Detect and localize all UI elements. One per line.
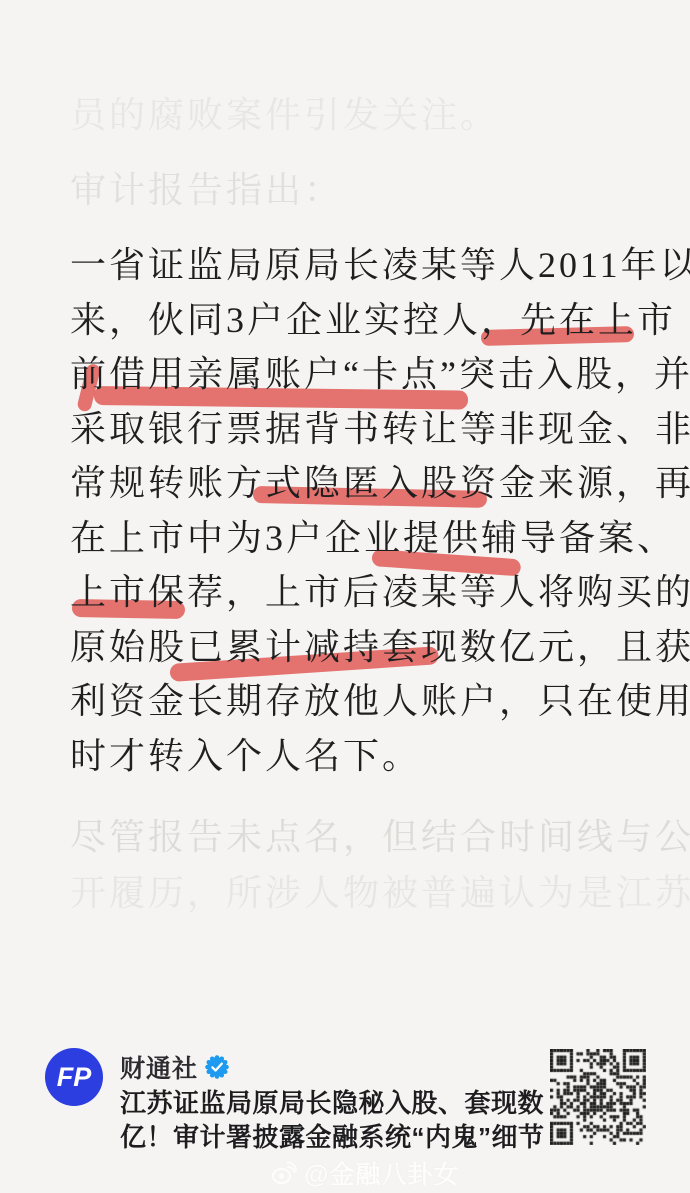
- faded-lead-in: 审计报告指出：: [70, 162, 343, 213]
- faded-paragraph-top: 员的腐败案件引发关注。: [70, 87, 499, 138]
- watermark: @金融八卦女: [270, 1155, 459, 1191]
- paragraph-line: 常规转账方式隐匿入股资金来源，再: [70, 456, 690, 511]
- footer-caption-line2: 亿！审计署披露金融系统“内鬼”细节: [120, 1117, 545, 1154]
- qr-code: [550, 1049, 646, 1145]
- paragraph-line: 前借用亲属账户“卡点”突击入股，并: [70, 347, 690, 402]
- fp-logo-text: FP: [57, 1062, 92, 1093]
- paragraph-line: 时才转入个人名下。: [70, 729, 690, 784]
- faded-line: 尽管报告未点名，但结合时间线与公: [70, 810, 690, 866]
- paragraph-line: 利资金长期存放他人账户，只在使用: [70, 674, 690, 729]
- verified-badge-icon: [205, 1055, 229, 1079]
- watermark-text: @金融八卦女: [304, 1155, 459, 1191]
- paragraph-line: 采取银行票据背书转让等非现金、非: [70, 402, 690, 457]
- account-row: 财通社: [120, 1049, 229, 1085]
- post-image: 员的腐败案件引发关注。 审计报告指出： 一省证监局原局长凌某等人2011年以 来…: [0, 0, 690, 1193]
- footer: FP 财通社 江苏证监局原局长隐秘: [0, 1040, 690, 1160]
- main-paragraph: 一省证监局原局长凌某等人2011年以 来，伙同3户企业实控人，先在上市 前借用亲…: [70, 238, 690, 783]
- footer-caption-line1: 江苏证监局原局长隐秘入股、套现数: [120, 1083, 544, 1120]
- fp-logo: FP: [45, 1048, 103, 1106]
- paragraph-line: 一省证监局原局长凌某等人2011年以: [70, 238, 690, 293]
- paragraph-line: 上市保荐，上市后凌某等人将购买的: [70, 565, 690, 620]
- faded-paragraph-bottom: 尽管报告未点名，但结合时间线与公 开履历，所涉人物被普遍认为是江苏: [70, 810, 690, 921]
- paragraph-line: 在上市中为3户企业提供辅导备案、: [70, 511, 690, 566]
- paragraph-line: 来，伙同3户企业实控人，先在上市: [70, 293, 690, 348]
- faded-line: 开履历，所涉人物被普遍认为是江苏: [70, 866, 690, 922]
- weibo-icon: [270, 1160, 298, 1186]
- account-name: 财通社: [120, 1049, 198, 1085]
- paragraph-line: 原始股已累计减持套现数亿元，且获: [70, 620, 690, 675]
